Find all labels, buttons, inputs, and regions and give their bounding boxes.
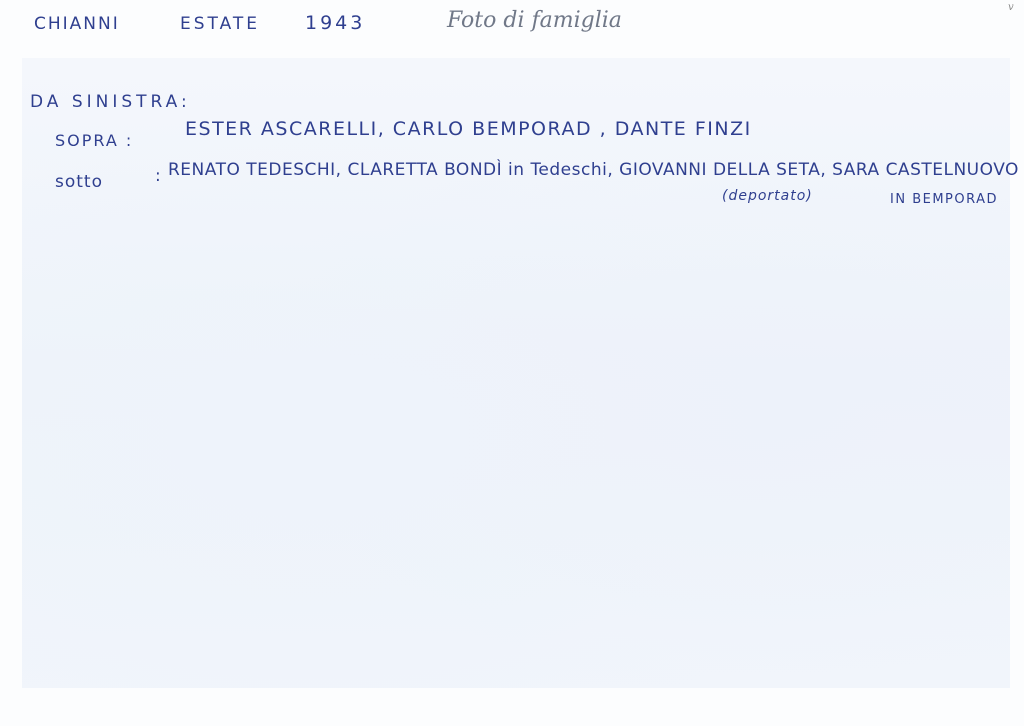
photo-caption: Foto di famiglia: [447, 8, 622, 33]
row-above-label: SOPRA :: [55, 131, 133, 150]
corner-check-mark: v: [1008, 2, 1014, 13]
row-below-separator: :: [155, 166, 162, 186]
row-below-names: RENATO TEDESCHI, CLARETTA BONDÌ in Tedes…: [168, 160, 1019, 180]
deported-annotation: (deportato): [722, 188, 813, 204]
row-below-label: sotto: [55, 172, 103, 192]
row-above-names: ESTER ASCARELLI, CARLO BEMPORAD , DANTE …: [185, 118, 752, 140]
title-place: CHIANNI: [34, 14, 120, 34]
photo-back-surface: [22, 58, 1010, 688]
title-season: ESTATE: [180, 14, 260, 34]
married-name-annotation: IN BEMPORAD: [890, 192, 998, 207]
title-year: 1943: [305, 12, 365, 34]
from-left-heading: DA SINISTRA:: [30, 92, 191, 112]
